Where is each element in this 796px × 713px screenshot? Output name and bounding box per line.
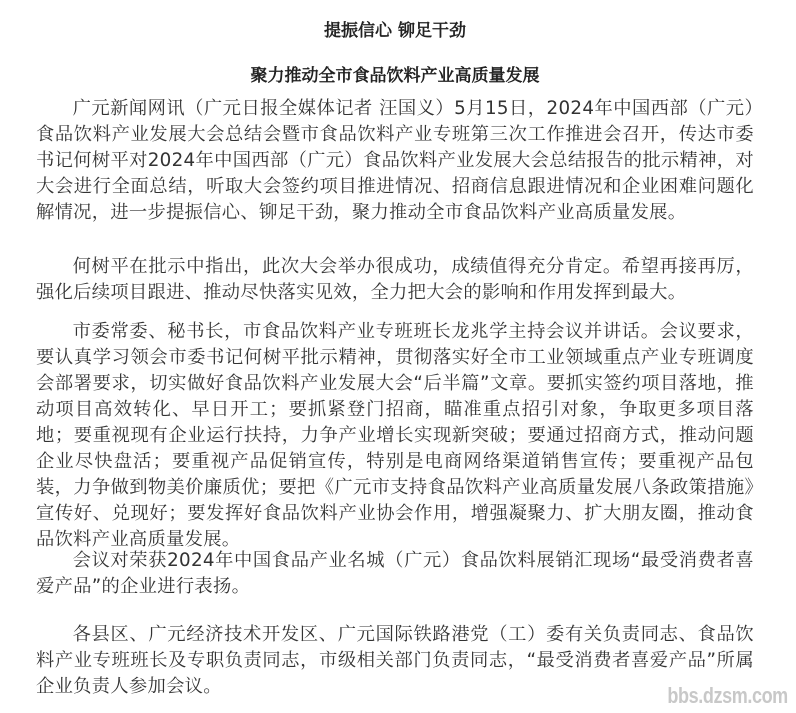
paragraph-meeting-requirements: 市委常委、秘书长，市食品饮料产业专班班长龙兆学主持会议并讲话。会议要求，要认真学… [36, 319, 754, 553]
paragraph-attendees: 各县区、广元经济技术开发区、广元国际铁路港党（工）委有关负责同志、食品饮料产业专… [36, 622, 754, 700]
article-subtitle: 聚力推动全市食品饮料产业高质量发展 [36, 65, 754, 87]
paragraph-commendation: 会议对荣获2024年中国食品产业名城（广元）食品饮料展销汇现场“最受消费者喜爱产… [36, 548, 754, 600]
paragraph-instruction: 何树平在批示中指出，此次大会举办很成功，成绩值得充分肯定。希望再接再厉，强化后续… [36, 254, 754, 306]
paragraph-intro: 广元新闻网讯（广元日报全媒体记者 汪国义）5月15日，2024年中国西部（广元）… [36, 96, 754, 226]
watermark: bbs.dzsm.com [668, 683, 788, 709]
article-title: 提振信心 铆足干劲 [36, 20, 754, 42]
